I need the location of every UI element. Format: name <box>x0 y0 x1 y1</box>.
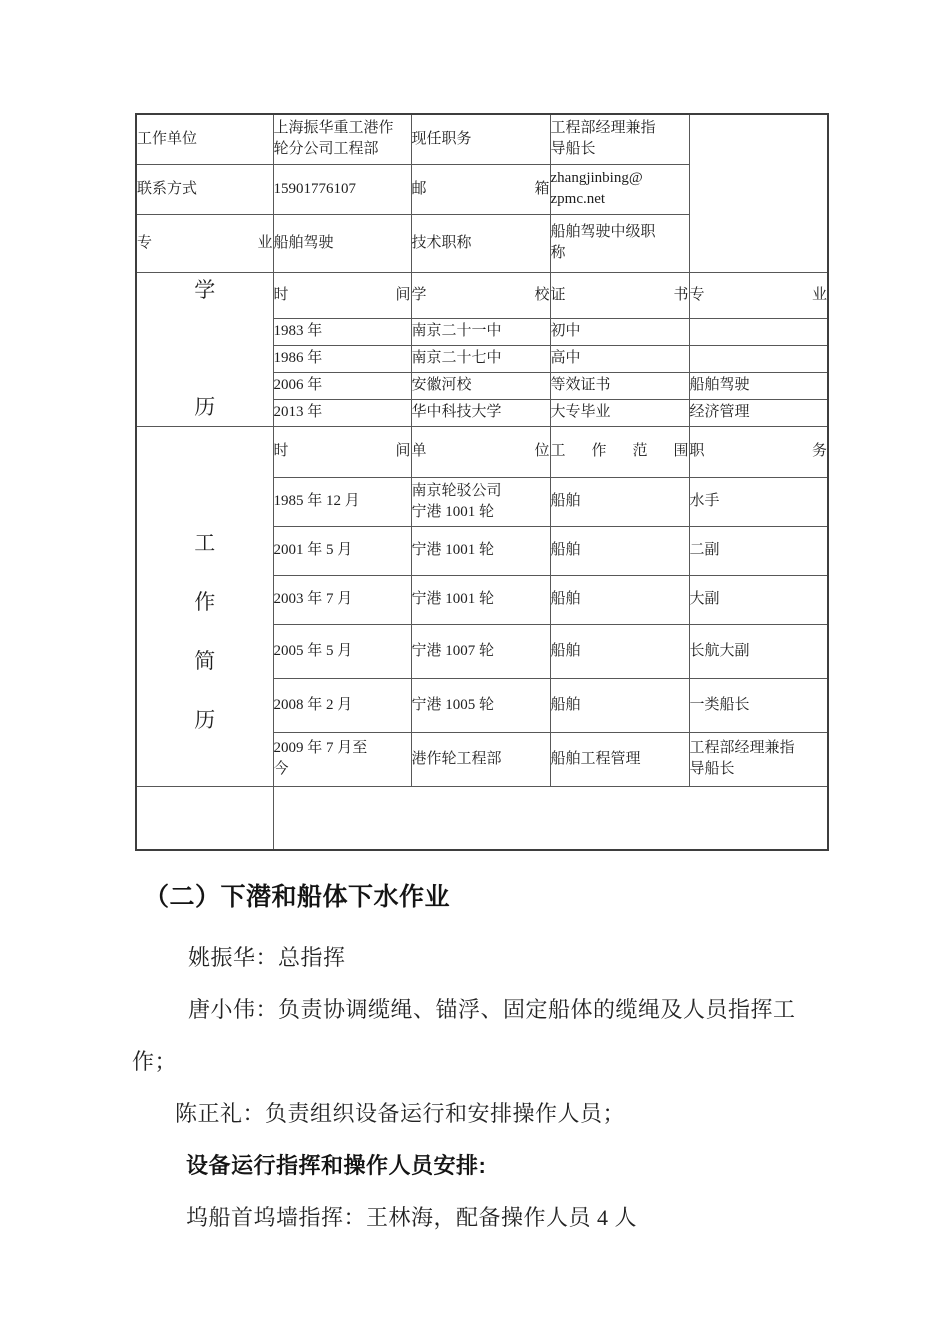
edu-certificate: 等效证书 <box>550 372 689 399</box>
paragraph-cable-coordinator: 唐小伟：负责协调缆绳、锚浮、固定船体的缆绳及人员指挥工作； <box>132 984 804 1088</box>
work-unit: 宁港 1001 轮 <box>411 575 550 624</box>
work-scope: 船舶 <box>550 526 689 575</box>
edu-time: 1983 年 <box>273 318 411 345</box>
contact-label: 联系方式 <box>136 164 273 214</box>
vertical-label-char: 历 <box>194 397 215 418</box>
work-scope: 船舶 <box>550 678 689 732</box>
value-line: 导船长 <box>551 139 689 160</box>
paragraph-commander: 姚振华：总指挥 <box>132 932 804 984</box>
edu-time: 1986 年 <box>273 345 411 372</box>
document-page: 工作单位 上海振华重工港作 轮分公司工程部 现任职务 工程部经理兼指 导船长 联… <box>0 0 950 1344</box>
edu-major: 经济管理 <box>689 399 828 426</box>
work-header-unit: 单位 <box>411 426 550 477</box>
value-line: zpmc.net <box>551 189 689 210</box>
empty-merged-cell <box>689 114 828 272</box>
value-line: 船舶驾驶中级职 <box>551 222 689 243</box>
work-header-row: 工 作 简 历 时间 单位 工作范围 职务 <box>136 426 828 477</box>
edu-time: 2013 年 <box>273 399 411 426</box>
edu-header-time: 时间 <box>273 272 411 318</box>
vertical-label-char: 简 <box>194 651 215 672</box>
table-row: 工作单位 上海振华重工港作 轮分公司工程部 现任职务 工程部经理兼指 导船长 <box>136 114 828 164</box>
edu-time: 2006 年 <box>273 372 411 399</box>
work-scope: 船舶 <box>550 575 689 624</box>
blank-cell <box>136 786 273 850</box>
launch-operation-section: （二）下潜和船体下水作业 姚振华：总指挥 唐小伟：负责协调缆绳、锚浮、固定船体的… <box>132 880 804 1244</box>
value-line: 宁港 1001 轮 <box>412 502 550 523</box>
value-line: 今 <box>274 759 411 780</box>
value-line: 南京轮驳公司 <box>412 481 550 502</box>
edu-major <box>689 318 828 345</box>
work-time: 2005 年 5 月 <box>273 624 411 678</box>
work-duty: 大副 <box>689 575 828 624</box>
work-scope: 船舶 <box>550 477 689 526</box>
major-label: 专业 <box>136 214 273 272</box>
work-time: 2008 年 2 月 <box>273 678 411 732</box>
work-history-row-label: 工 作 简 历 <box>136 426 273 786</box>
value-line: 轮分公司工程部 <box>274 139 411 160</box>
paragraph-dock-wall-commander: 坞船首坞墙指挥：王林海，配备操作人员 4 人 <box>132 1192 804 1244</box>
work-unit-value: 上海振华重工港作 轮分公司工程部 <box>273 114 411 164</box>
work-unit: 港作轮工程部 <box>411 732 550 786</box>
edu-school: 南京二十七中 <box>411 345 550 372</box>
vertical-label-char: 历 <box>194 710 215 731</box>
work-unit: 宁港 1001 轮 <box>411 526 550 575</box>
work-unit: 南京轮驳公司 宁港 1001 轮 <box>411 477 550 526</box>
current-position-label: 现任职务 <box>411 114 550 164</box>
edu-certificate: 高中 <box>550 345 689 372</box>
edu-major: 船舶驾驶 <box>689 372 828 399</box>
vertical-label-char: 学 <box>194 280 215 301</box>
edu-school: 安徽河校 <box>411 372 550 399</box>
tech-title-label: 技术职称 <box>411 214 550 272</box>
value-line: zhangjinbing@ <box>551 168 689 189</box>
work-time: 1985 年 12 月 <box>273 477 411 526</box>
edu-header-major: 专业 <box>689 272 828 318</box>
work-time: 2003 年 7 月 <box>273 575 411 624</box>
work-scope: 船舶 <box>550 624 689 678</box>
edu-school: 华中科技大学 <box>411 399 550 426</box>
work-header-scope: 工作范围 <box>550 426 689 477</box>
work-header-duty: 职务 <box>689 426 828 477</box>
edu-certificate: 大专毕业 <box>550 399 689 426</box>
work-duty: 水手 <box>689 477 828 526</box>
edu-header-certificate: 证书 <box>550 272 689 318</box>
value-line: 导船长 <box>690 759 828 780</box>
work-unit: 宁港 1005 轮 <box>411 678 550 732</box>
work-header-time: 时间 <box>273 426 411 477</box>
work-duty: 一类船长 <box>689 678 828 732</box>
edu-certificate: 初中 <box>550 318 689 345</box>
vertical-label-char: 工 <box>194 533 215 554</box>
work-duty: 工程部经理兼指 导船长 <box>689 732 828 786</box>
education-row-label: 学 历 <box>136 272 273 426</box>
profile-table: 工作单位 上海振华重工港作 轮分公司工程部 现任职务 工程部经理兼指 导船长 联… <box>135 113 829 851</box>
work-unit-label: 工作单位 <box>136 114 273 164</box>
edu-school: 南京二十一中 <box>411 318 550 345</box>
edu-major <box>689 345 828 372</box>
value-line: 称 <box>551 243 689 264</box>
edu-header-school: 学校 <box>411 272 550 318</box>
work-duty: 二副 <box>689 526 828 575</box>
value-line: 工程部经理兼指 <box>690 738 828 759</box>
education-header-row: 学 历 时间 学校 证书 专业 <box>136 272 828 318</box>
section-heading: （二）下潜和船体下水作业 <box>132 880 804 914</box>
paragraph-equipment-organizer: 陈正礼：负责组织设备运行和安排操作人员； <box>132 1088 804 1140</box>
email-label: 邮箱 <box>411 164 550 214</box>
value-line: 2009 年 7 月至 <box>274 738 411 759</box>
value-line: 上海振华重工港作 <box>274 118 411 139</box>
work-time: 2009 年 7 月至 今 <box>273 732 411 786</box>
phone-value: 15901776107 <box>273 164 411 214</box>
work-unit: 宁港 1007 轮 <box>411 624 550 678</box>
email-value: zhangjinbing@ zpmc.net <box>550 164 689 214</box>
work-duty: 长航大副 <box>689 624 828 678</box>
blank-row <box>136 786 828 850</box>
work-scope: 船舶工程管理 <box>550 732 689 786</box>
paragraph-staffing-subheading: 设备运行指挥和操作人员安排: <box>132 1140 804 1192</box>
vertical-label-char: 作 <box>194 592 215 613</box>
value-line: 工程部经理兼指 <box>551 118 689 139</box>
major-value: 船舶驾驶 <box>273 214 411 272</box>
blank-merged-cell <box>273 786 828 850</box>
current-position-value: 工程部经理兼指 导船长 <box>550 114 689 164</box>
work-time: 2001 年 5 月 <box>273 526 411 575</box>
tech-title-value: 船舶驾驶中级职 称 <box>550 214 689 272</box>
